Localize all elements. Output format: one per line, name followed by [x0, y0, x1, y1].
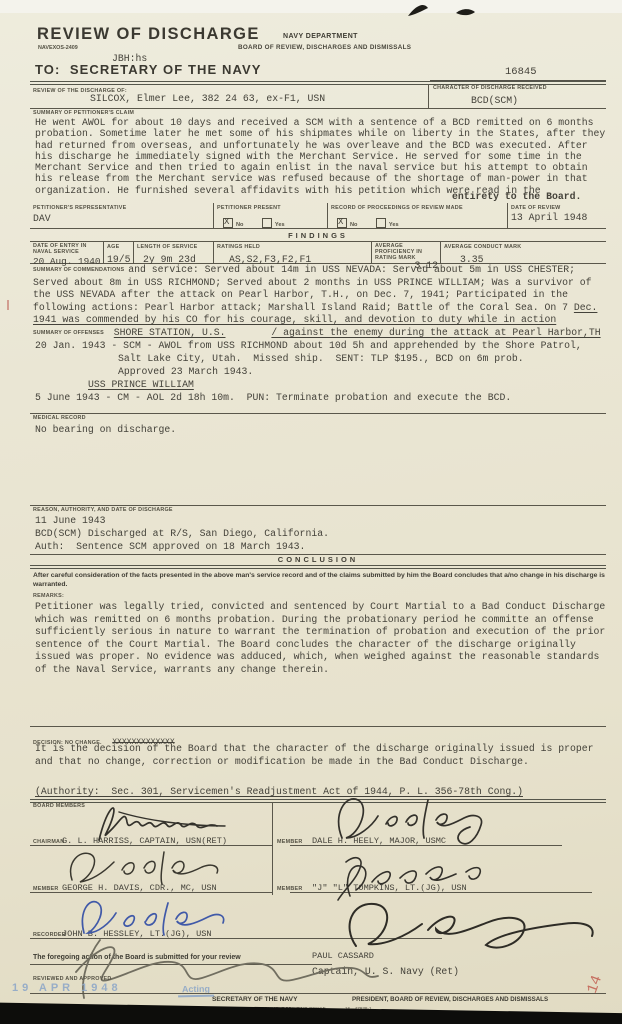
- remarks-label: REMARKS:: [33, 593, 64, 599]
- character-label: CHARACTER OF DISCHARGE RECEIVED: [433, 85, 547, 91]
- findings-section-title: FINDINGS: [30, 231, 606, 240]
- member-role-label: MEMBER: [277, 886, 302, 892]
- character-value: BCD(SCM): [471, 95, 518, 106]
- no-label: No: [236, 222, 243, 228]
- case-number: 16845: [505, 66, 537, 78]
- dept-line2: BOARD OF REVIEW, DISCHARGES AND DISMISSA…: [238, 44, 411, 51]
- member2-name: GEORGE H. DAVIS, CDR., MC, USN: [62, 883, 217, 893]
- authority-line: (Authority: Sec. 301, Servicemen's Readj…: [35, 786, 523, 797]
- ratings-held-cell: RATINGS HELD AS,S2,F3,F2,F1: [213, 242, 371, 263]
- offenses-label: SUMMARY OF OFFENSES: [33, 330, 104, 336]
- offense-ship-name: USS PRINCE WILLIAM: [88, 379, 194, 390]
- ratings-held-label: RATINGS HELD: [217, 244, 369, 250]
- decision-text: It is the decision of the Board that the…: [35, 742, 607, 768]
- findings-row: DATE OF ENTRY IN NAVAL SERVICE 20 Aug. 1…: [30, 242, 606, 264]
- age-label: AGE: [107, 244, 131, 250]
- age-cell: AGE 19/5: [103, 242, 133, 263]
- length-of-service-cell: LENGTH OF SERVICE 2y 9m 23d: [133, 242, 213, 263]
- offenses-continuation: / against the enemy during the attack at…: [271, 327, 600, 338]
- representative-cell: PETITIONER'S REPRESENTATIVE DAV: [30, 203, 213, 228]
- to-line: TO: SECRETARY OF THE NAVY: [35, 62, 262, 77]
- present-yes-checkbox: [262, 218, 272, 228]
- avg-conduct-cell: AVERAGE CONDUCT MARK 3.35: [440, 242, 606, 263]
- case-number-line: 16845: [430, 64, 606, 81]
- discharge-rule: [30, 505, 606, 506]
- decision-rule: [30, 726, 606, 727]
- medical-rule: [30, 413, 606, 414]
- petitioner-present-cell: PETITIONER PRESENT XNo Yes: [213, 203, 327, 228]
- record-proceedings-cell: RECORD OF PROCEEDINGS OF REVIEW MADE XNo…: [327, 203, 507, 228]
- offense-entry-line: 5 June 1943 - CM - AOL 2d 18h 10m. PUN: …: [35, 392, 511, 403]
- member1-name: DALE H. HEELY, MAJOR, USMC: [312, 836, 446, 846]
- representative-label: PETITIONER'S REPRESENTATIVE: [33, 205, 211, 211]
- red-margin-tick: [7, 300, 9, 310]
- claim-text: He went AWOL for about 10 days and recei…: [35, 117, 607, 196]
- recorder-role-label: RECORDER: [33, 932, 66, 938]
- offense-entry-line: 20 Jan. 1943 - SCM - AWOL from USS RICHM…: [35, 340, 582, 351]
- date-of-review-cell: DATE OF REVIEW 13 April 1948: [507, 203, 606, 228]
- dept-line1: NAVY DEPARTMENT: [283, 33, 358, 40]
- remarks-text: Petitioner was legally tried, convicted …: [35, 601, 607, 677]
- conclusion-bottom-rule: [30, 565, 606, 569]
- representative-value: DAV: [33, 213, 211, 224]
- offenses-station-line: SUMMARY OF OFFENSES SHORE STATION, U.S. …: [33, 327, 607, 340]
- review-of-value: SILCOX, Elmer Lee, 382 24 63, ex-F1, USN: [90, 93, 325, 104]
- member3-name: "J" "L" TOMPKINS, LT.(JG), USN: [312, 883, 467, 893]
- foregoing-text: The foregoing action of the Board is sub…: [33, 954, 333, 963]
- president-title: Captain, U. S. Navy (Ret): [312, 966, 459, 977]
- discharge-date: 11 June 1943: [35, 515, 106, 526]
- chairman-name: G. L. HARRISS, CAPTAIN, USN(RET): [62, 836, 227, 846]
- length-of-service-label: LENGTH OF SERVICE: [137, 244, 211, 250]
- president-board-label: PRESIDENT, BOARD OF REVIEW, DISCHARGES A…: [352, 996, 548, 1005]
- avg-proficiency-label: AVERAGE PROFICIENCY IN RATING MARK: [375, 244, 438, 261]
- foregoing-rule: [30, 964, 332, 965]
- record-yes-checkbox: [376, 218, 386, 228]
- offense-entry-line: Salt Lake City, Utah. Missed ship. SENT:…: [118, 353, 524, 364]
- yes-label: Yes: [389, 222, 399, 228]
- member-role-label: MEMBER: [33, 886, 58, 892]
- discharge-authority: Auth: Sentence SCM approved on 18 March …: [35, 541, 305, 552]
- no-label: No: [350, 222, 357, 228]
- entry-date-cell: DATE OF ENTRY IN NAVAL SERVICE 20 Aug. 1…: [30, 242, 103, 263]
- avg-proficiency-cell: AVERAGE PROFICIENCY IN RATING MARK 3.12: [371, 242, 440, 263]
- form-number: NAVEXOS-2409: [38, 45, 78, 51]
- discharge-label: REASON, AUTHORITY, AND DATE OF DISCHARGE: [33, 507, 173, 513]
- offense-entry-line: Approved 23 March 1943.: [118, 366, 253, 377]
- scanned-form: REVIEW OF DISCHARGE NAVEXOS-2409 NAVY DE…: [0, 0, 622, 1024]
- date-of-review-label: DATE OF REVIEW: [511, 205, 604, 211]
- present-no-checkbox: X: [223, 218, 233, 228]
- medical-label: MEDICAL RECORD: [33, 415, 86, 421]
- claim-label: SUMMARY OF PETITIONER'S CLAIM: [33, 110, 134, 116]
- offenses-station: SHORE STATION, U.S.: [114, 327, 226, 338]
- commendations-block: SUMMARY OF COMMENDATIONSand service: Ser…: [33, 264, 607, 327]
- board-members-label: BOARD MEMBERS: [33, 803, 85, 809]
- conclusion-printed-text: After careful consideration of the facts…: [33, 572, 606, 589]
- yes-label: Yes: [275, 222, 285, 228]
- claim-overflow: entirety to the Board.: [452, 191, 581, 202]
- medical-text: No bearing on discharge.: [35, 424, 176, 435]
- form-title: REVIEW OF DISCHARGE: [37, 25, 260, 44]
- avg-conduct-label: AVERAGE CONDUCT MARK: [444, 244, 604, 250]
- member-role-label: MEMBER: [277, 839, 302, 845]
- authority-rule: [30, 799, 606, 803]
- scan-top-strip: [0, 0, 622, 13]
- conclusion-section-title: CONCLUSION: [30, 555, 606, 564]
- sig-column-divider: [272, 802, 273, 895]
- record-proceedings-label: RECORD OF PROCEEDINGS OF REVIEW MADE: [331, 205, 505, 211]
- petitioner-present-label: PETITIONER PRESENT: [217, 205, 325, 211]
- review-row-rule: [30, 108, 606, 109]
- bottom-rule: [30, 993, 606, 994]
- record-no-checkbox: X: [337, 218, 347, 228]
- acting-stamp: Acting: [178, 984, 214, 998]
- secretary-label: SECRETARY OF THE NAVY: [212, 996, 297, 1005]
- petition-row: PETITIONER'S REPRESENTATIVE DAV PETITION…: [30, 203, 606, 229]
- entry-date-label: DATE OF ENTRY IN NAVAL SERVICE: [33, 244, 101, 256]
- character-cell: CHARACTER OF DISCHARGE RECEIVED BCD(SCM): [428, 84, 607, 108]
- discharge-place: BCD(SCM) Discharged at R/S, San Diego, C…: [35, 528, 329, 539]
- recorder-name: JOHN B. HESSLEY, LT.(JG), USN: [62, 929, 212, 939]
- date-of-review-value: 13 April 1948: [511, 212, 604, 223]
- chairman-role-label: CHAIRMAN: [33, 839, 64, 845]
- commendations-label: SUMMARY OF COMMENDATIONS: [33, 267, 124, 273]
